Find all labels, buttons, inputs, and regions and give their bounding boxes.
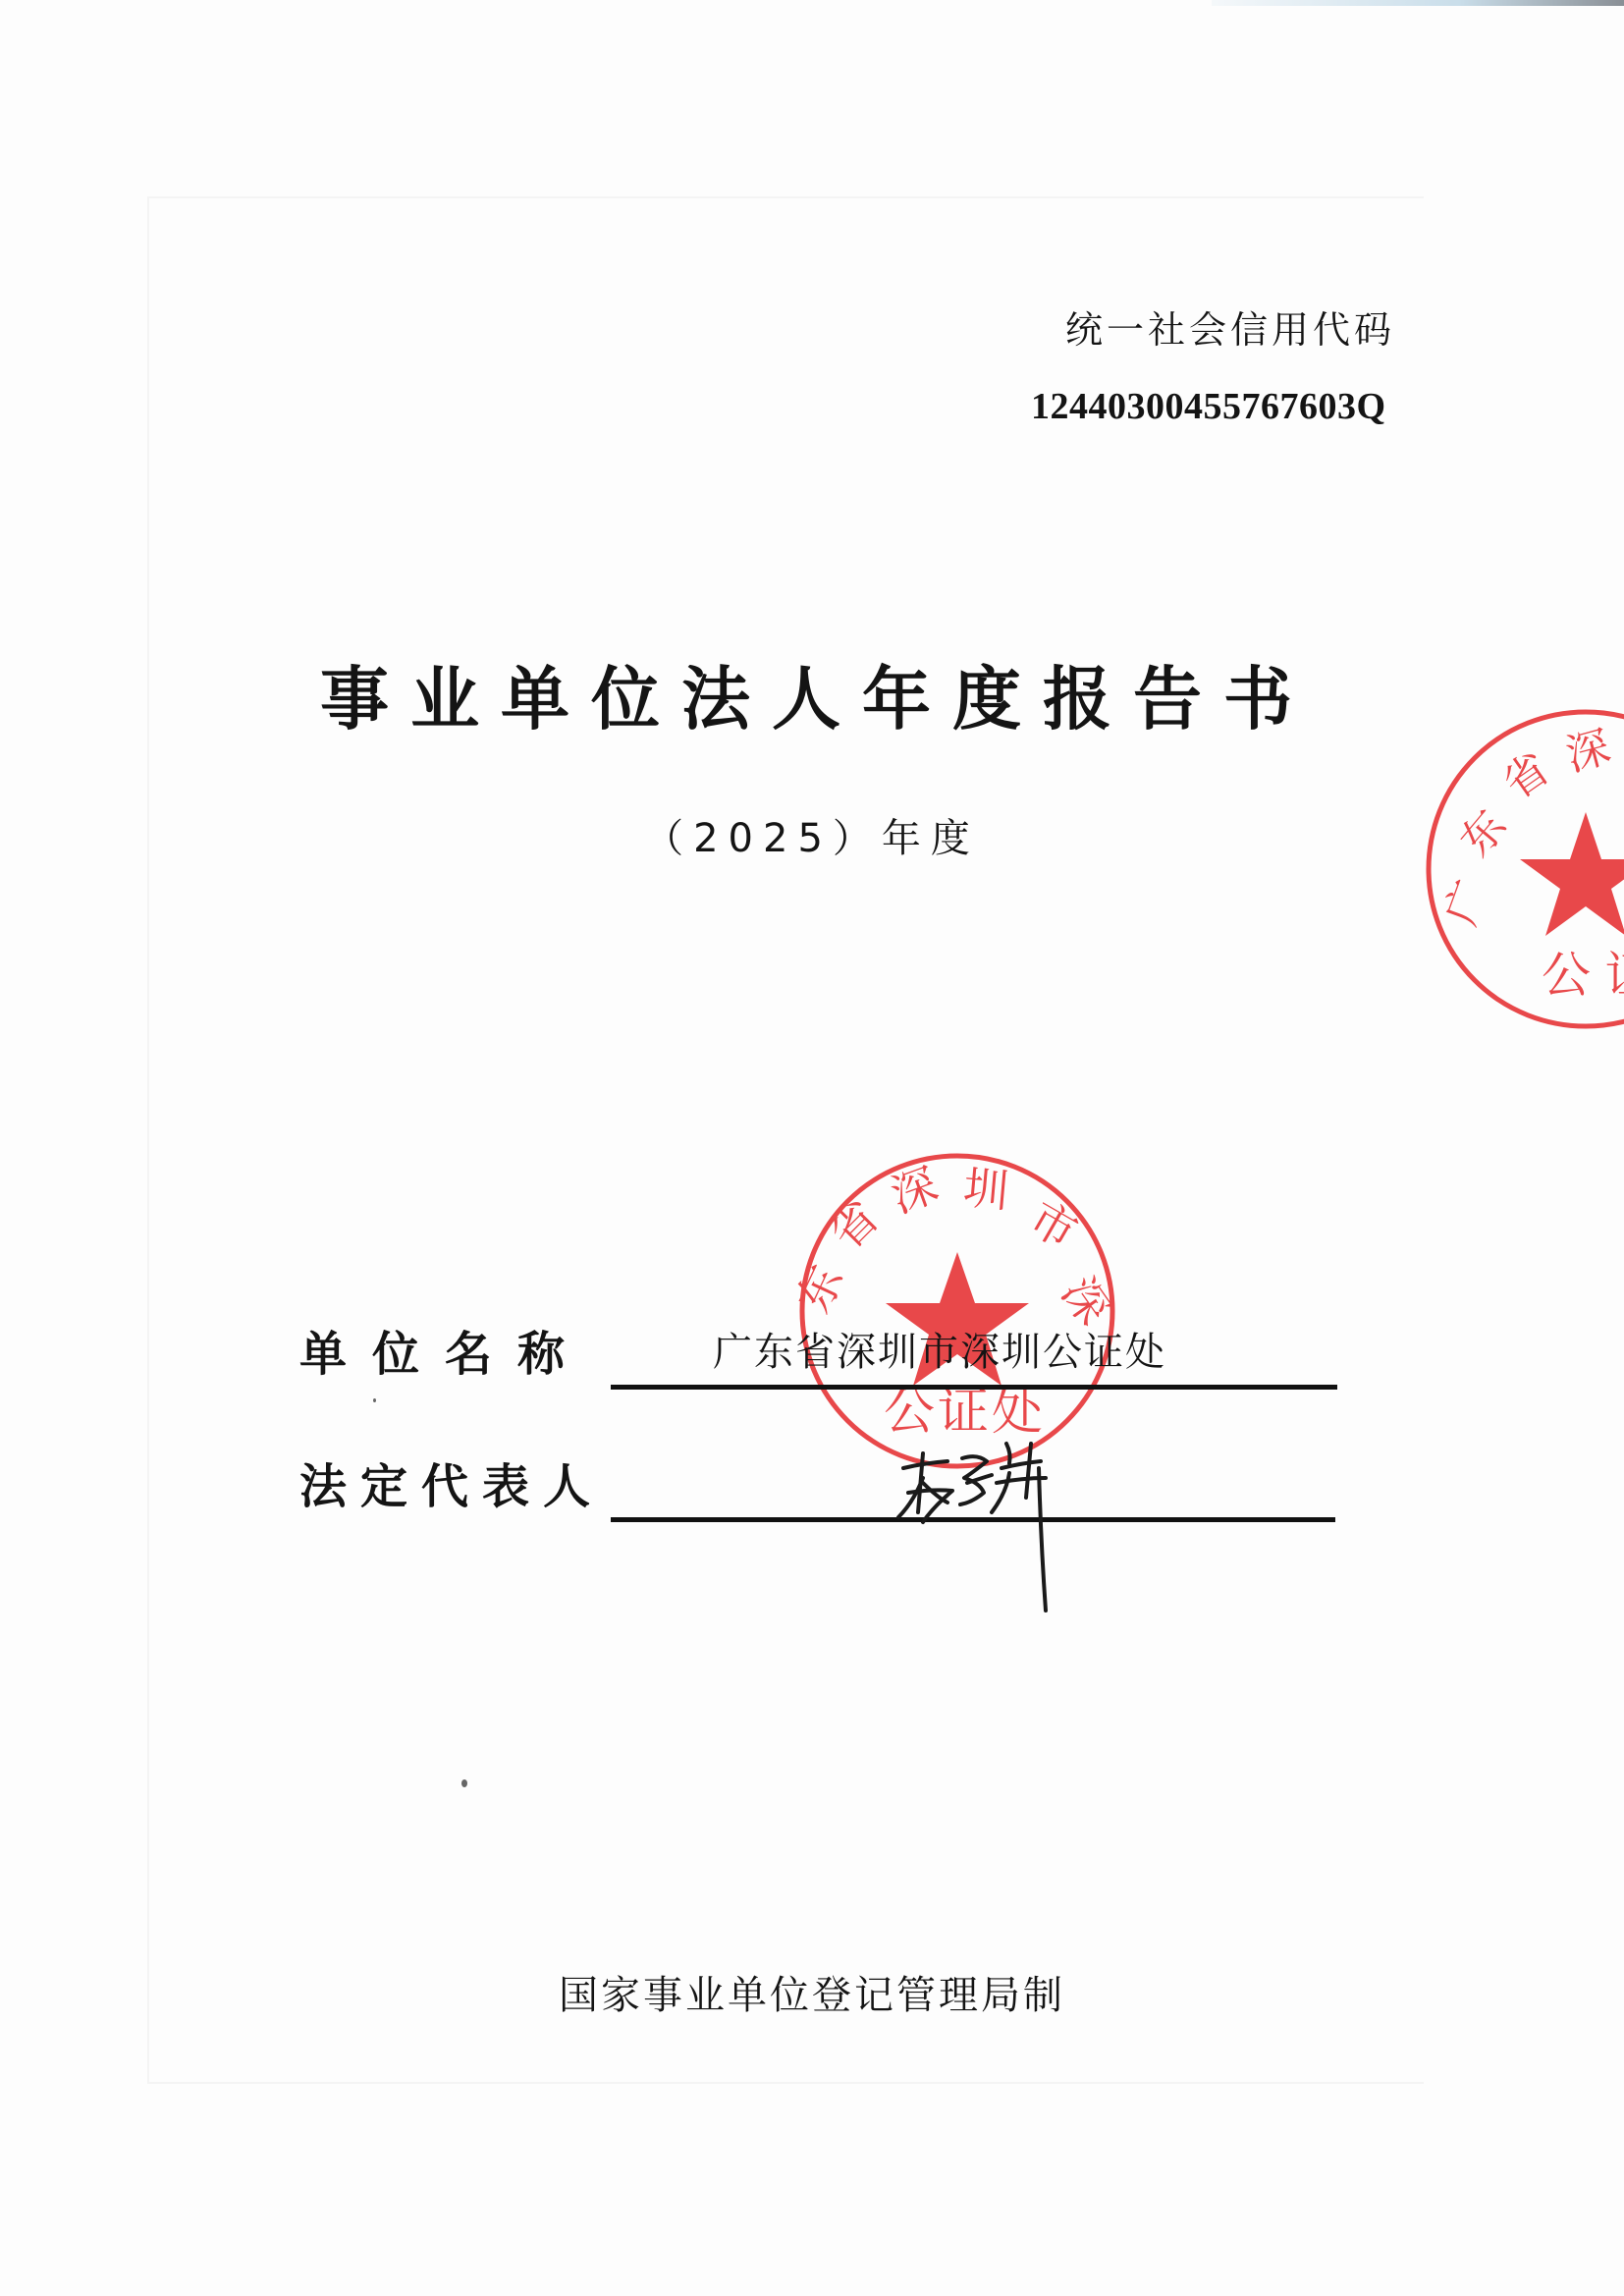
svg-text:省: 省 <box>820 1190 890 1260</box>
svg-text:省: 省 <box>1494 743 1558 809</box>
svg-text:公: 公 <box>1542 947 1591 1004</box>
credit-code-value: 12440300455767603Q <box>1031 385 1386 428</box>
unit-name-label: 单位名称 <box>299 1316 590 1384</box>
svg-text:圳: 圳 <box>961 1161 1011 1218</box>
scanner-edge-artifact <box>1212 0 1624 6</box>
edge-seal-stamp: 广 东 省 深 圳 公 证 <box>1414 702 1624 1036</box>
svg-text:深: 深 <box>1561 722 1616 782</box>
document-title: 事业单位法人年度报告书 <box>0 644 1624 743</box>
show-through-artifact <box>147 2082 1424 2084</box>
legal-representative-label: 法定代表人 <box>299 1449 604 1516</box>
svg-text:市: 市 <box>1021 1191 1087 1260</box>
scan-speck <box>461 1779 467 1787</box>
handwritten-signature <box>893 1424 1090 1620</box>
credit-code-label: 统一社会信用代码 <box>1065 300 1395 354</box>
scan-speck <box>373 1398 376 1402</box>
star-icon <box>1520 812 1624 936</box>
report-year: （2025）年度 <box>0 807 1624 863</box>
svg-text:证: 证 <box>1605 947 1624 1004</box>
unit-name-underline <box>611 1385 1337 1390</box>
svg-text:广: 广 <box>1435 874 1497 932</box>
issuer-footer: 国家事业单位登记管理局制 <box>0 1964 1624 2020</box>
unit-name-value: 广东省深圳市深圳公证处 <box>713 1321 1166 1377</box>
show-through-artifact <box>147 196 1424 198</box>
show-through-artifact <box>147 196 149 2082</box>
svg-text:东: 东 <box>1450 801 1516 866</box>
